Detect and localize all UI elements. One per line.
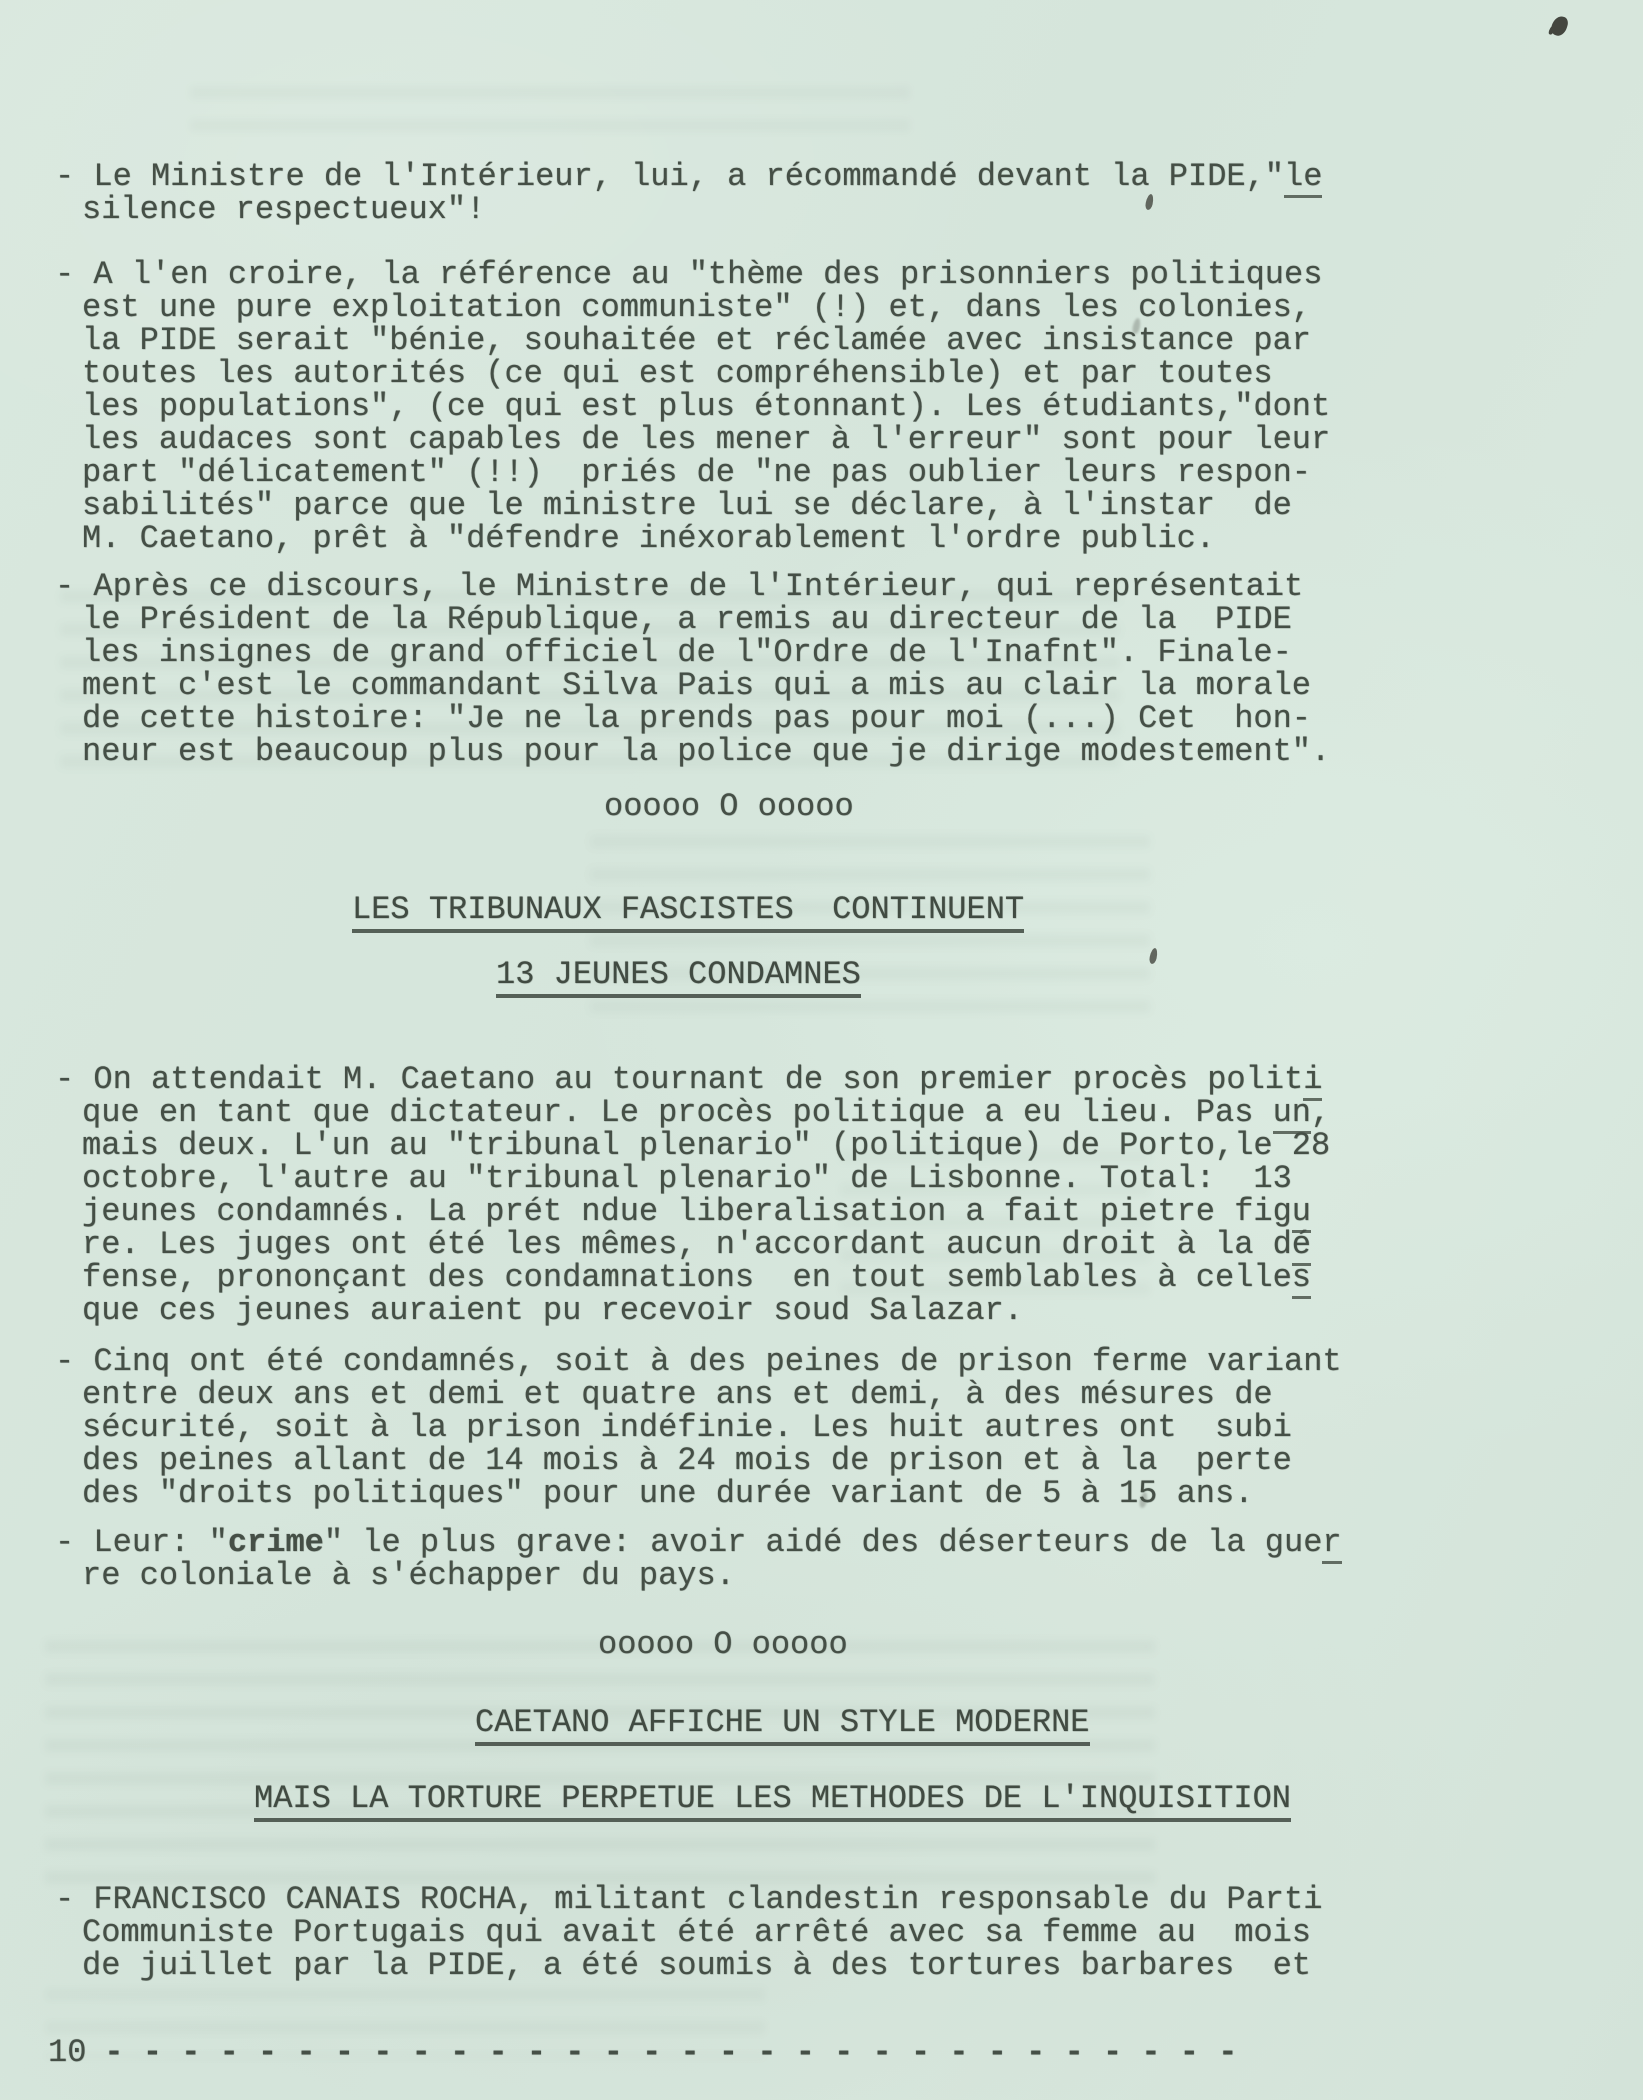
typewritten-document-page: - Le Ministre de l'Intérieur, lui, a réc… [0,0,1643,2100]
section-heading: CAETANO AFFICHE UN STYLE MODERNE [475,1706,1090,1746]
ink-mark [1148,947,1158,964]
paragraph: - On attendait M. Caetano au tournant de… [55,1063,1385,1327]
section-divider: ooooo O ooooo [598,1628,848,1661]
page-footer: 10- - - - - - - - - - - - - - - - - - - … [48,2036,1237,2069]
bleed-through-artifact [45,1640,1155,1885]
paragraph: - FRANCISCO CANAIS ROCHA, militant cland… [55,1883,1385,1982]
page-number: 10 [48,2034,86,2071]
section-heading: LES TRIBUNAUX FASCISTES CONTINUENT [352,893,1024,933]
heading-text: MAIS LA TORTURE PERPETUE LES METHODES DE… [254,1782,1291,1822]
heading-text: LES TRIBUNAUX FASCISTES CONTINUENT [352,893,1024,933]
heading-text: 13 JEUNES CONDAMNES [496,958,861,998]
heading-text: CAETANO AFFICHE UN STYLE MODERNE [475,1706,1090,1746]
paragraph: - Le Ministre de l'Intérieur, lui, a réc… [55,160,1385,226]
section-heading: MAIS LA TORTURE PERPETUE LES METHODES DE… [254,1782,1291,1822]
section-divider: ooooo O ooooo [604,790,854,823]
paragraph: - A l'en croire, la référence au "thème … [55,258,1385,555]
section-heading: 13 JEUNES CONDAMNES [496,958,861,998]
paragraph: - Leur: "crime" le plus grave: avoir aid… [55,1526,1385,1592]
ink-blot [1549,14,1569,38]
footer-dashed-line: - - - - - - - - - - - - - - - - - - - - … [104,2034,1237,2071]
paragraph: - Après ce discours, le Ministre de l'In… [55,570,1385,768]
bleed-through-artifact [190,86,910,136]
paragraph: - Cinq ont été condamnés, soit à des pei… [55,1345,1385,1510]
